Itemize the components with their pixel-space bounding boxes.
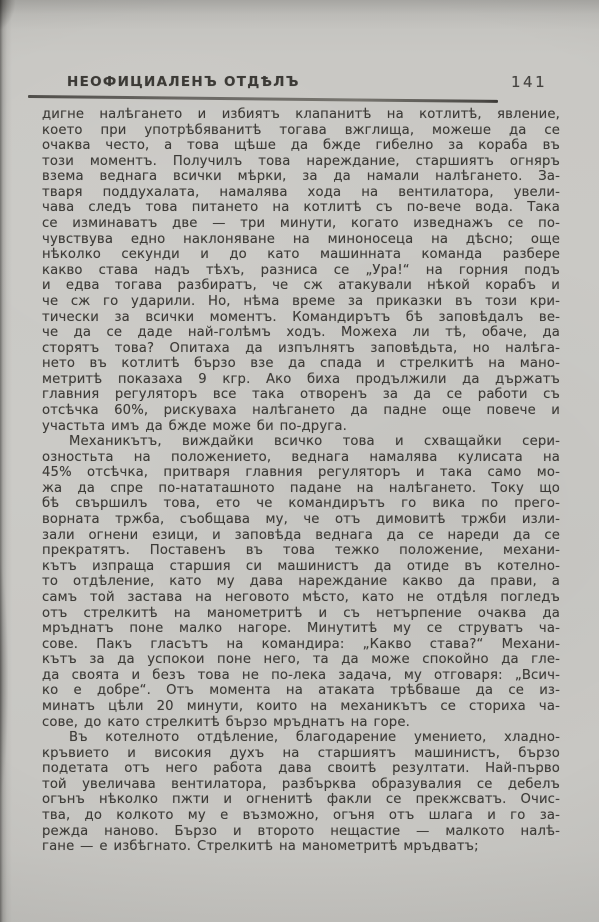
text-line: подетата отъ него работа дава своитѣ рез… — [42, 761, 560, 777]
text-line: метритѣ показаха 9 кгр. Ако биха продълж… — [42, 372, 560, 388]
text-line: бѣ свършилъ това, ето че командирътъ го … — [42, 496, 560, 512]
text-line: 45% отсѣчка, притваря главния регуляторъ… — [42, 465, 560, 481]
text-line: гане — е избѣгнато. Стрелкитѣ на маномет… — [42, 839, 560, 855]
text-line: минатъ цѣли 20 минути, които на механикъ… — [42, 699, 560, 715]
text-line: взема веднага всички мѣрки, за да намали… — [42, 169, 560, 185]
text-line: чувствува едно наклоняване на миноносеца… — [42, 232, 560, 248]
text-line: прекратятъ. Поставенъ въ това тежко поло… — [42, 543, 560, 559]
text-line: отъ стрелкитѣ на манометритѣ и съ нетърп… — [42, 606, 560, 622]
text-line: жа да спре по-нататашното падане на налѣ… — [42, 481, 560, 497]
text-line: озностьта на положението, веднага намаля… — [42, 450, 560, 466]
text-line: мръднатъ поне малко нагоре. Минутитѣ му … — [42, 621, 560, 637]
text-line: чава следъ това питането на котлитѣ съ п… — [42, 200, 560, 216]
text-line: сторятъ това? Опитаха да изпълнятъ запов… — [42, 341, 560, 357]
text-line: Въ котелното отдѣление, благодарение уме… — [42, 730, 560, 746]
text-line: нѣколко секунди и до като машинната кома… — [42, 247, 560, 263]
text-line: той увеличава вентилатора, разбърква обр… — [42, 777, 560, 793]
text-line: и едва тогава разбиратъ, че сж атакували… — [42, 278, 560, 294]
text-line: огънъ нѣколко пжти и огненитѣ факли се п… — [42, 792, 560, 808]
text-line: режда наново. Бързо и второто нещастие —… — [42, 824, 560, 840]
text-line: този моментъ. Получилъ това нареждание, … — [42, 154, 560, 170]
text-line: че да се даде най-голѣмъ ходъ. Можеха ли… — [42, 325, 560, 341]
text-line: кътъ за да успокои поне него, та да може… — [42, 652, 560, 668]
text-line: участьта имъ да бжде може би по-друга. — [42, 419, 560, 435]
text-line: Механикътъ, виждайки всичко това и схващ… — [42, 434, 560, 450]
text-line: тически за всички моментъ. Командирътъ б… — [42, 310, 560, 326]
text-line: какво става надъ тѣхъ, разниса се „Ура!“… — [42, 263, 560, 279]
page-number: 141 — [511, 73, 547, 91]
header-rule — [28, 95, 498, 103]
text-line: кръвието и високия духъ на старшиятъ маш… — [42, 746, 560, 762]
text-line: нето въ котлитѣ бързо взе да спада и стр… — [42, 356, 560, 372]
text-line: да своята и безъ това не по-лека задача,… — [42, 668, 560, 684]
text-line: зали огнени езици, и заповѣда веднага да… — [42, 528, 560, 544]
text-line: ворната тржба, съобщава му, че отъ димов… — [42, 512, 560, 528]
text-line: което при употрѣбяванитѣ тогава вжглища,… — [42, 123, 560, 139]
text-line: тва, до колкото му е възможно, огъня отъ… — [42, 808, 560, 824]
text-line: ко е добре“. Отъ момента на атаката трѣб… — [42, 683, 560, 699]
text-line: сове. Пакъ гласътъ на командира: „Какво … — [42, 637, 560, 653]
body-text: дигне налѣгането и избиятъ клапанитѣ на … — [42, 107, 560, 855]
text-line: кътъ изпраща старшия си машинистъ да оти… — [42, 559, 560, 575]
text-line: то отдѣление, като му дава нареждание ка… — [42, 574, 560, 590]
text-line: се изминаватъ две — три минути, когато и… — [42, 216, 560, 232]
scanned-page: НЕОФИЦИАЛЕНЪ ОТДѢЛЪ 141 дигне налѣгането… — [0, 0, 599, 922]
text-line: самъ той застава на неговото мѣсто, като… — [42, 590, 560, 606]
text-line: главния регуляторъ все така отворенъ за … — [42, 387, 560, 403]
text-line: тваря поддухалата, намалява хода на вент… — [42, 185, 560, 201]
text-line: сове, до като стрелкитѣ бързо мръднатъ н… — [42, 715, 560, 731]
text-line: дигне налѣгането и избиятъ клапанитѣ на … — [42, 107, 560, 123]
section-title: НЕОФИЦИАЛЕНЪ ОТДѢЛЪ — [67, 74, 300, 90]
text-line: отсѣчка 60%, рискуваха налѣгането да пад… — [42, 403, 560, 419]
text-line: очаква често, а това щѣше да бжде гибелн… — [42, 138, 560, 154]
text-line: че сж го ударили. Но, нѣма време за прик… — [42, 294, 560, 310]
